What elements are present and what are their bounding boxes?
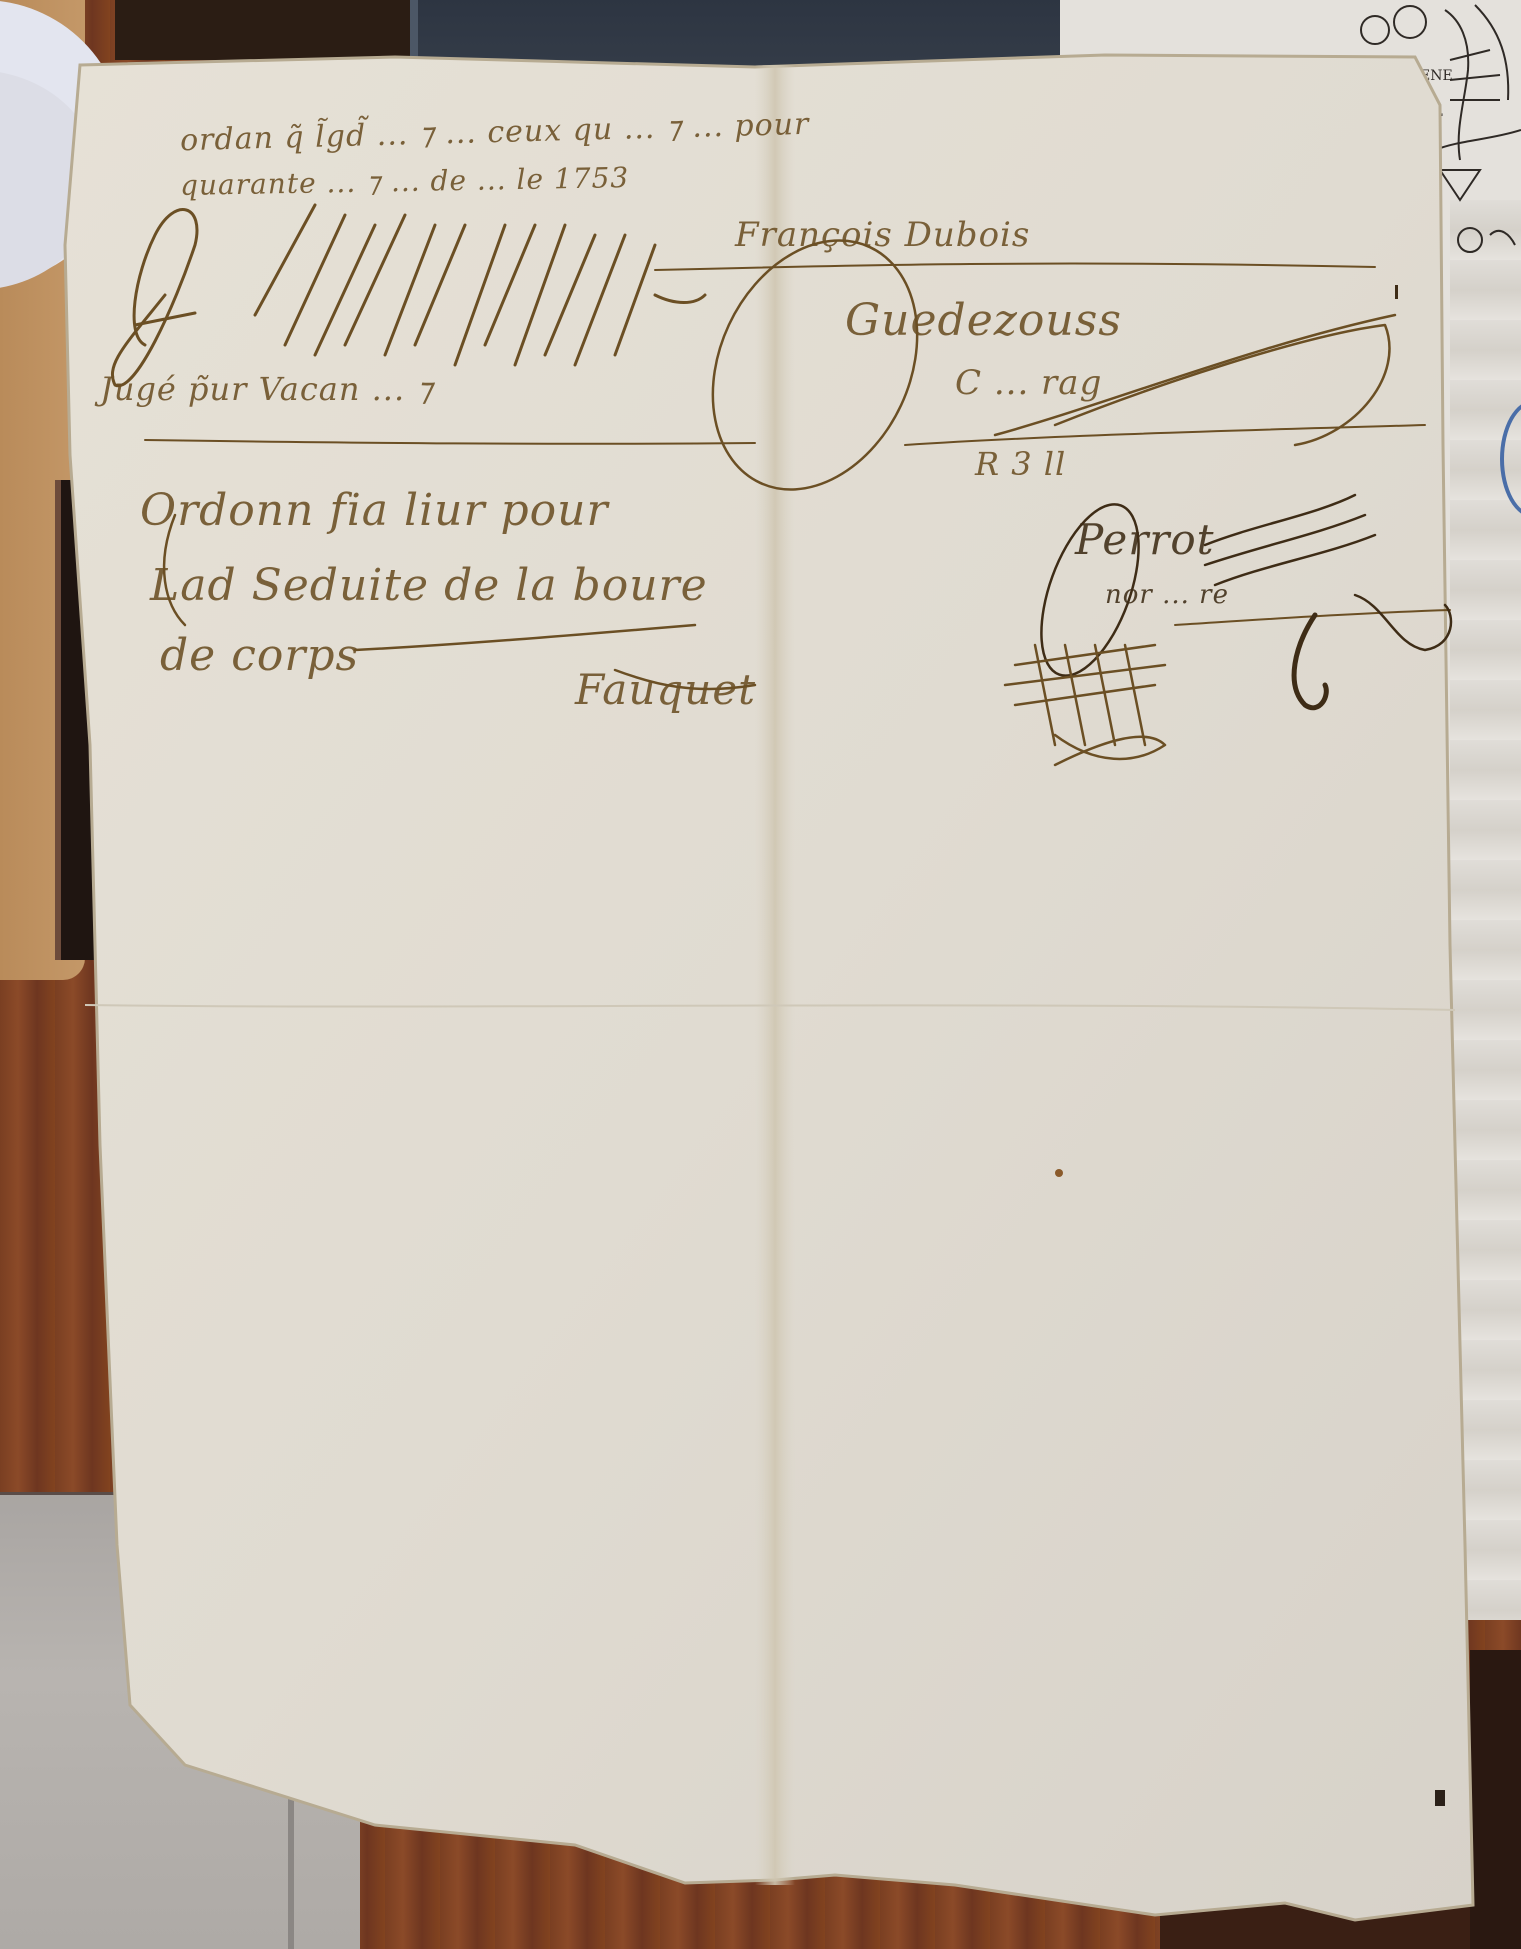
signature-francois-dubois: François Dubois (735, 215, 1030, 255)
center-fold (755, 65, 795, 1885)
manuscript-paper (55, 45, 1475, 1925)
signature-perrot: Perrot (1075, 515, 1215, 564)
manuscript-sheet: ordan q̃ l̃gd̃ ... ⁊ ... ceux qu ... ⁊ .… (55, 45, 1475, 1925)
right-margin-tick (1395, 285, 1398, 299)
body-line-1: Ordonn fia liur pour (140, 485, 609, 536)
dark-table-strip (1470, 1650, 1521, 1949)
signature-guedezouss: Guedezouss (845, 295, 1122, 346)
body-line-2: Lad Seduite de la boure (150, 560, 708, 611)
signature-fauquet: Fauquet (575, 665, 756, 714)
ink-spot (1055, 1169, 1063, 1177)
signature-line-2: C ... rag (955, 363, 1102, 403)
body-line-3: de corps (160, 630, 359, 681)
signature-line-3: R 3 ll (975, 445, 1066, 483)
signature-perrot-subline: nor ... re (1105, 580, 1229, 610)
docket-line: Jugé p̃ur Vacan ... ⁊ (100, 370, 433, 408)
corner-hole-mark (1435, 1790, 1445, 1806)
